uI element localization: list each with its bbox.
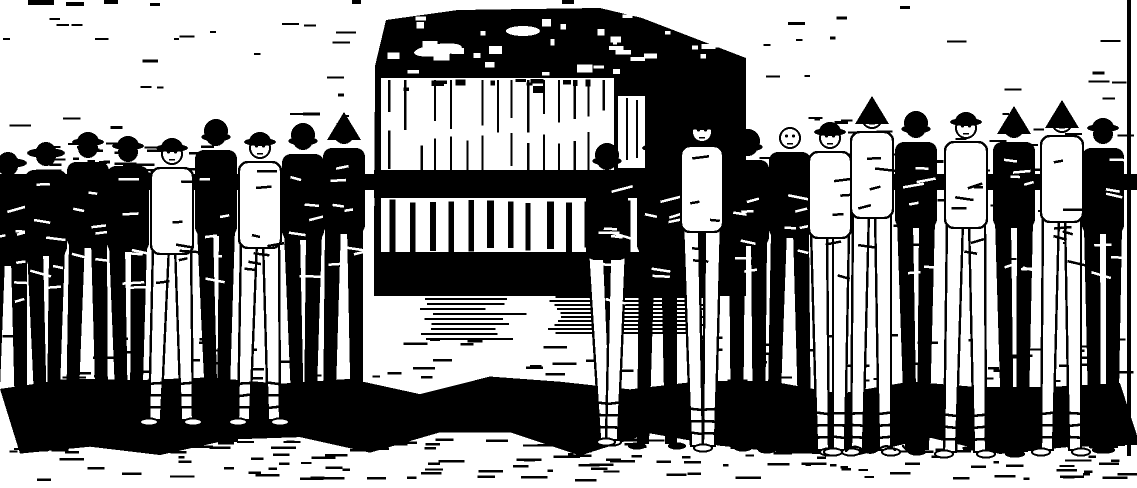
frame-line [1127,0,1131,456]
engraving-svg [0,0,1137,488]
porters-right [586,96,1131,458]
engraving-figure [0,0,1137,488]
